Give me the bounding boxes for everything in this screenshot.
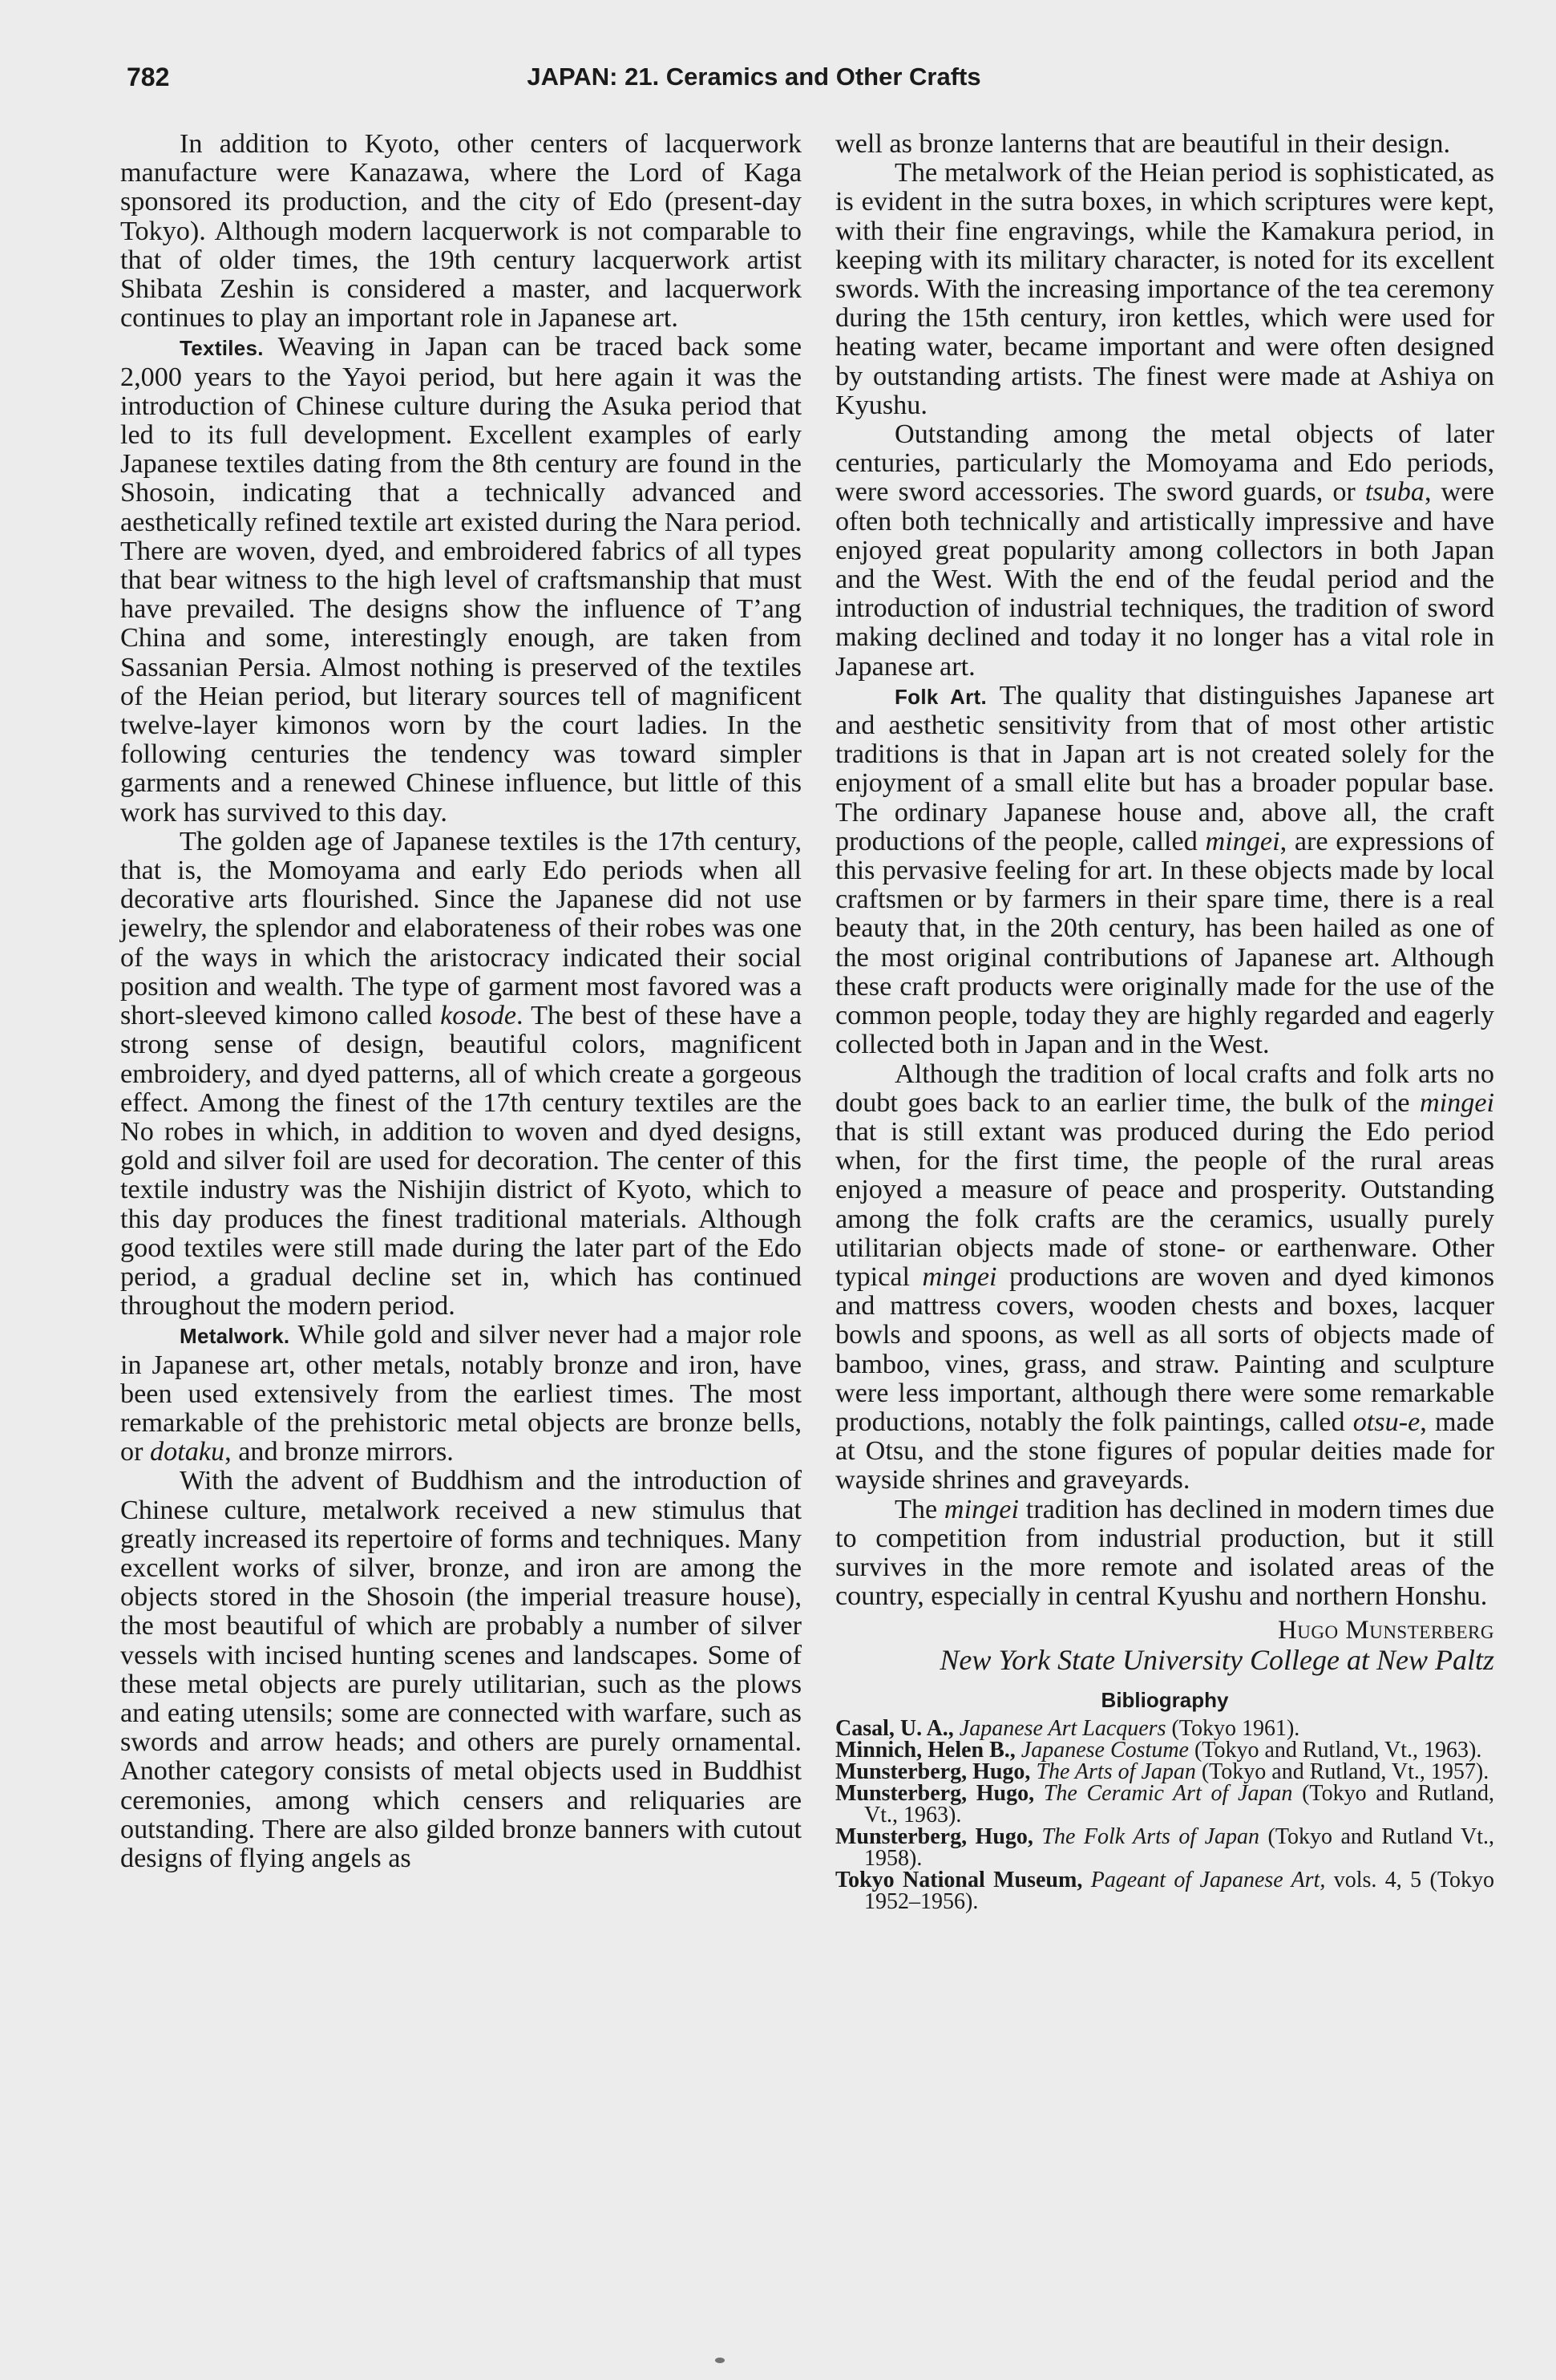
metalwork-paragraph-1: Metalwork. While gold and silver never h… <box>120 1321 802 1467</box>
term-mingei: mingei <box>1420 1088 1494 1118</box>
author-signature: Hugo Munsterberg <box>835 1616 1494 1645</box>
metalwork-paragraph-3: The metalwork of the Heian period is sop… <box>835 159 1494 420</box>
left-column: In addition to Kyoto, other centers of l… <box>120 130 802 1873</box>
bibliography-entry: Munsterberg, Hugo, The Folk Arts of Japa… <box>835 1826 1494 1869</box>
term-otsu-e: otsu-e <box>1353 1407 1421 1437</box>
metalwork-paragraph-2: With the advent of Buddhism and the intr… <box>120 1467 802 1873</box>
scan-speck <box>715 2358 725 2363</box>
term-tsuba: tsuba <box>1365 477 1425 507</box>
folk-art-paragraph-3: The mingei tradition has declined in mod… <box>835 1496 1494 1612</box>
term-mingei: mingei <box>1206 827 1280 856</box>
bibliography-heading: Bibliography <box>835 1686 1494 1714</box>
folk-art-heading: Folk Art. <box>895 685 987 709</box>
folk-art-paragraph-1: Folk Art. The quality that distinguishes… <box>835 682 1494 1060</box>
term-mingei: mingei <box>944 1495 1019 1524</box>
author-affiliation: New York State University College at New… <box>835 1645 1494 1674</box>
running-head: 782 JAPAN: 21. Ceramics and Other Crafts <box>127 63 1429 98</box>
bibliography-entry: Minnich, Helen B., Japanese Costume (Tok… <box>835 1739 1494 1761</box>
term-kosode: kosode <box>440 1001 516 1030</box>
author-name: Hugo Munsterberg <box>1278 1616 1494 1645</box>
running-title: JAPAN: 21. Ceramics and Other Crafts <box>127 63 1429 91</box>
metalwork-heading: Metalwork. <box>180 1324 289 1348</box>
term-mingei: mingei <box>922 1262 996 1292</box>
bibliography-entry: Munsterberg, Hugo, The Arts of Japan (To… <box>835 1761 1494 1783</box>
textiles-paragraph-1: Textiles. Weaving in Japan can be traced… <box>120 333 802 827</box>
right-column: well as bronze lanterns that are beautif… <box>835 130 1494 1912</box>
metalwork-paragraph-4: Outstanding among the metal objects of l… <box>835 420 1494 682</box>
bibliography-entry: Casal, U. A., Japanese Art Lacquers (Tok… <box>835 1718 1494 1739</box>
folk-art-paragraph-2: Although the tradition of local crafts a… <box>835 1060 1494 1496</box>
bibliography-entry: Tokyo National Museum, Pageant of Japane… <box>835 1869 1494 1912</box>
bibliography-entry: Munsterberg, Hugo, The Ceramic Art of Ja… <box>835 1783 1494 1826</box>
textiles-heading: Textiles. <box>180 336 264 360</box>
term-dotaku: dotaku <box>150 1437 224 1467</box>
bibliography-list: Casal, U. A., Japanese Art Lacquers (Tok… <box>835 1718 1494 1912</box>
lacquer-paragraph: In addition to Kyoto, other centers of l… <box>120 130 802 333</box>
metalwork-continuation: well as bronze lanterns that are beautif… <box>835 130 1494 159</box>
textiles-paragraph-2: The golden age of Japanese textiles is t… <box>120 828 802 1321</box>
